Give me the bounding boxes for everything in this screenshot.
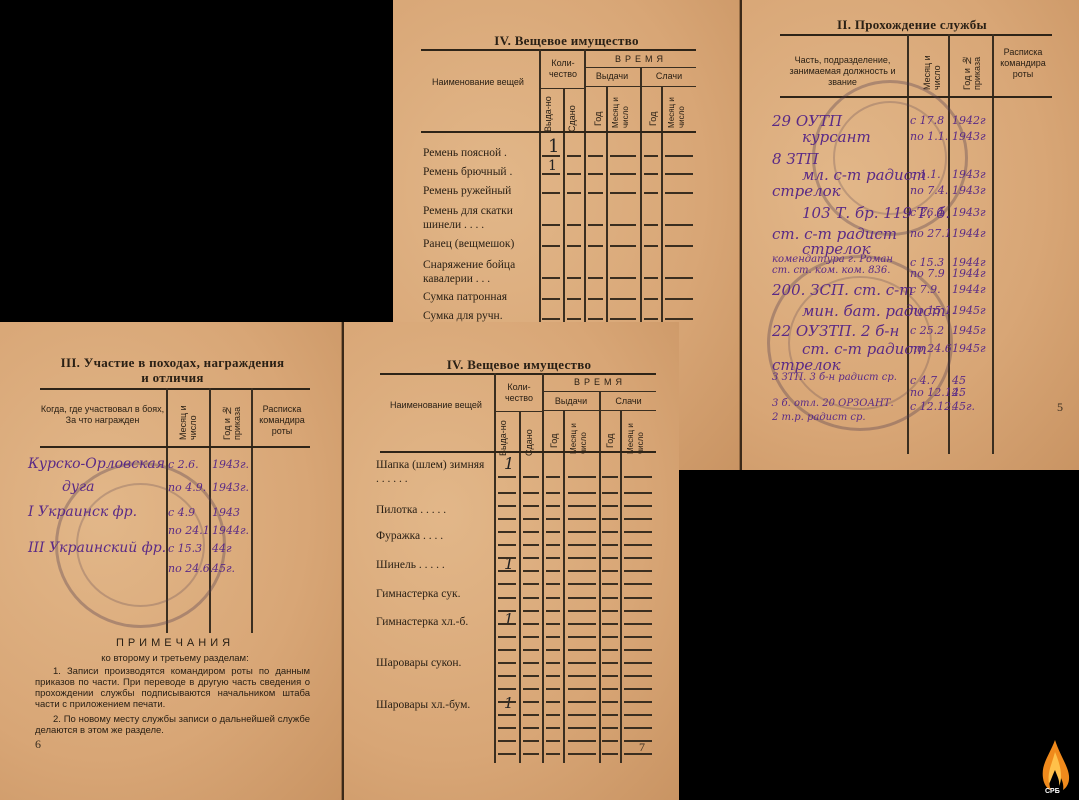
- cell-dash: [610, 155, 636, 157]
- cell-dash: [542, 318, 560, 320]
- bottom-spread-left-page: III. Участие в походах, награждения и от…: [0, 322, 342, 800]
- cell-dash: [542, 192, 560, 194]
- issue-group-header: Выдачи: [586, 71, 638, 82]
- page-number: 7: [639, 740, 645, 755]
- hdr-rule: [585, 86, 696, 87]
- cell-dash: [568, 492, 596, 494]
- cell-dash: [523, 662, 539, 664]
- service-year: 1944г: [952, 267, 986, 280]
- cell-dash: [546, 675, 560, 677]
- campaign-text: III Украинский фр.: [28, 540, 166, 556]
- cell-dash: [624, 623, 652, 625]
- cell-dash: [546, 570, 560, 572]
- cell-dash: [602, 623, 618, 625]
- cell-dash: [588, 245, 603, 247]
- time-group-header: ВРЕМЯ: [586, 54, 696, 65]
- cell-dash: [498, 636, 516, 638]
- cell-dash: [624, 531, 652, 533]
- cell-dash: [602, 492, 618, 494]
- campaign-year: 1943г.: [212, 458, 249, 471]
- campaign-date: по 24.6.: [168, 562, 213, 575]
- cell-dash: [567, 155, 581, 157]
- issue-date-header: Месяц и число: [569, 412, 589, 454]
- col-divider: [563, 410, 565, 763]
- header-bottom-rule: [380, 451, 656, 453]
- cell-dash: [523, 623, 539, 625]
- cell-dash: [624, 492, 652, 494]
- campaign-date: с 4.9: [168, 506, 195, 519]
- notes-heading: ПРИМЕЧАНИЯ: [40, 638, 310, 649]
- hdr-rule: [540, 88, 584, 89]
- cell-dash: [523, 570, 539, 572]
- cell-dash: [665, 192, 693, 194]
- cell-dash: [567, 173, 581, 175]
- cell-dash: [523, 492, 539, 494]
- col-divider: [599, 391, 601, 763]
- cell-dash: [542, 155, 560, 157]
- item-tunic-wool: Гимнастерка сук.: [376, 587, 494, 601]
- top-spread-right-page: II. Прохождение службы Часть, подразделе…: [742, 0, 1079, 470]
- item-belt-waist: Ремень поясной .: [423, 146, 538, 160]
- qty-issued-header: Выда-но: [498, 416, 508, 456]
- cell-dash: [546, 505, 560, 507]
- service-date: по 7.4.: [910, 184, 948, 197]
- qty-issued-header: Выда-но: [543, 92, 553, 132]
- cell-dash: [665, 318, 693, 320]
- item-trousers-cotton: Шаровары хл.-бум.: [376, 698, 494, 712]
- header-bottom-rule: [40, 446, 310, 448]
- issued-qty: 1: [504, 454, 514, 473]
- cell-dash: [588, 155, 603, 157]
- cell-dash: [610, 298, 636, 300]
- cell-dash: [568, 476, 596, 478]
- cell-dash: [602, 727, 618, 729]
- cell-dash: [523, 544, 539, 546]
- cell-dash: [624, 583, 652, 585]
- service-year: 45г.: [952, 400, 975, 413]
- service-unit: 3 ЗТП. 3 б-н радист ср.: [772, 372, 897, 383]
- service-year: 1944г: [952, 283, 986, 296]
- cell-dash: [523, 518, 539, 520]
- cell-dash: [644, 298, 658, 300]
- service-unit: 3 б. отл. 20 ОРЗОАНТ.: [772, 398, 894, 409]
- campaign-year: 1943г.: [212, 481, 249, 494]
- cell-dash: [568, 727, 596, 729]
- cell-dash: [546, 544, 560, 546]
- cell-dash: [498, 675, 516, 677]
- cell-dash: [542, 173, 560, 175]
- cell-dash: [546, 583, 560, 585]
- cell-dash: [665, 173, 693, 175]
- cell-dash: [602, 636, 618, 638]
- note-1: 1. Записи производятся командиром роты п…: [35, 666, 310, 710]
- cell-dash: [498, 727, 516, 729]
- cell-dash: [602, 701, 618, 703]
- cell-dash: [523, 753, 539, 755]
- cell-dash: [568, 753, 596, 755]
- hdr-rule: [543, 410, 656, 411]
- cell-dash: [523, 675, 539, 677]
- cell-dash: [498, 649, 516, 651]
- name-col-header: Наименование вещей: [423, 77, 533, 88]
- item-peaked-cap: Фуражка . . . .: [376, 529, 488, 543]
- item-belt-roll: Ремень для скатки шинели . . . .: [423, 204, 538, 232]
- cell-dash: [588, 224, 603, 226]
- col-divider: [620, 410, 622, 763]
- cell-dash: [546, 753, 560, 755]
- cell-dash: [644, 245, 658, 247]
- cell-dash: [610, 173, 636, 175]
- service-date: по 27.1: [910, 227, 952, 240]
- service-year: 1943г: [952, 130, 986, 143]
- service-date: по 15.1.: [910, 304, 955, 317]
- table-top-rule: [40, 388, 310, 390]
- section-title: IV. Вещевое имущество: [374, 357, 664, 373]
- cell-dash: [644, 318, 658, 320]
- service-unit: 200. ЗСП. ст. с-т: [772, 281, 913, 299]
- cell-dash: [498, 701, 516, 703]
- campaign-date: по 4.9.: [168, 481, 206, 494]
- cell-dash: [546, 492, 560, 494]
- cell-dash: [567, 318, 581, 320]
- cell-dash: [602, 649, 618, 651]
- cell-dash: [498, 740, 516, 742]
- sign-col-header: Расписка командира роты: [994, 47, 1052, 80]
- service-date: с 12.12.: [910, 400, 955, 413]
- cell-dash: [542, 277, 560, 279]
- cell-dash: [644, 155, 658, 157]
- cell-dash: [523, 688, 539, 690]
- cell-dash: [568, 583, 596, 585]
- service-year: 1943г: [952, 206, 986, 219]
- cell-dash: [567, 245, 581, 247]
- return-year-header: Год: [605, 422, 615, 448]
- cell-dash: [602, 675, 618, 677]
- issue-year-header: Год: [549, 422, 559, 448]
- note-2: 2. По новому месту службы записи о дальн…: [35, 714, 310, 736]
- cell-dash: [568, 518, 596, 520]
- cell-dash: [546, 597, 560, 599]
- item-tunic-cotton: Гимнастерка хл.-б.: [376, 615, 494, 629]
- issued-qty: 1: [504, 694, 514, 712]
- cell-dash: [602, 570, 618, 572]
- cell-dash: [568, 531, 596, 533]
- cell-dash: [644, 173, 658, 175]
- service-date: с 17.8: [910, 114, 944, 127]
- cell-dash: [610, 192, 636, 194]
- cell-dash: [498, 662, 516, 664]
- cell-dash: [498, 623, 516, 625]
- cell-dash: [546, 610, 560, 612]
- cell-dash: [523, 583, 539, 585]
- cell-dash: [665, 155, 693, 157]
- cell-dash: [498, 544, 516, 546]
- campaign-text: Курско-Орловская: [28, 456, 165, 472]
- col-divider: [494, 373, 496, 763]
- item-backpack: Ранец (вещмешок): [423, 237, 541, 251]
- name-col-header: Наименование вещей: [382, 400, 490, 411]
- cell-dash: [568, 662, 596, 664]
- cell-dash: [588, 192, 603, 194]
- cell-dash: [498, 610, 516, 612]
- cell-dash: [568, 557, 596, 559]
- campaign-year: 44г: [212, 542, 232, 555]
- campaign-year: 45г.: [212, 562, 235, 575]
- cell-dash: [602, 557, 618, 559]
- cell-dash: [610, 277, 636, 279]
- cell-dash: [624, 675, 652, 677]
- campaign-text: дуга: [62, 479, 94, 495]
- cell-dash: [644, 277, 658, 279]
- cell-dash: [602, 583, 618, 585]
- service-date: с 7.9.: [910, 283, 941, 296]
- cell-dash: [568, 714, 596, 716]
- cell-dash: [546, 714, 560, 716]
- issued-qty: 1: [504, 610, 514, 628]
- qty-returned-header: Сдано: [524, 416, 534, 456]
- cell-dash: [602, 531, 618, 533]
- cell-dash: [588, 318, 603, 320]
- return-date-header: Месяц и число: [626, 412, 646, 454]
- cell-dash: [602, 753, 618, 755]
- campaign-year: 1943: [212, 506, 240, 519]
- cell-dash: [624, 557, 652, 559]
- cell-dash: [665, 224, 693, 226]
- cell-dash: [610, 318, 636, 320]
- section-title: IV. Вещевое имущество: [393, 33, 740, 49]
- service-unit: 22 ОУЗТП. 2 б-н: [772, 322, 899, 340]
- cell-dash: [624, 544, 652, 546]
- cell-dash: [624, 597, 652, 599]
- cell-dash: [523, 597, 539, 599]
- cell-dash: [602, 476, 618, 478]
- cell-dash: [567, 298, 581, 300]
- cell-dash: [498, 531, 516, 533]
- cell-dash: [546, 649, 560, 651]
- service-year: 1945г: [952, 324, 986, 337]
- cell-dash: [542, 224, 560, 226]
- page-number: 6: [35, 737, 41, 752]
- cell-dash: [665, 298, 693, 300]
- cell-dash: [610, 245, 636, 247]
- cell-dash: [602, 688, 618, 690]
- service-date: по 1.1.: [910, 130, 948, 143]
- return-year-header: Год: [648, 100, 658, 126]
- cell-dash: [624, 636, 652, 638]
- item-winter-hat: Шапка (шлем) зимняя . . . . . .: [376, 458, 488, 486]
- date-col-header: Месяц и число: [922, 48, 942, 90]
- section-title-line1: III. Участие в походах, награждения: [30, 355, 315, 371]
- service-year: 1943г: [952, 168, 986, 181]
- cell-dash: [546, 623, 560, 625]
- cell-dash: [568, 701, 596, 703]
- cell-dash: [624, 688, 652, 690]
- cell-dash: [624, 518, 652, 520]
- table-top-rule: [780, 34, 1052, 36]
- cell-dash: [546, 688, 560, 690]
- cell-dash: [610, 224, 636, 226]
- cell-dash: [498, 753, 516, 755]
- cell-dash: [546, 476, 560, 478]
- cell-dash: [546, 518, 560, 520]
- cell-dash: [568, 675, 596, 677]
- cell-dash: [568, 740, 596, 742]
- cell-dash: [602, 544, 618, 546]
- cell-dash: [523, 727, 539, 729]
- order-col-header: Год и № приказа: [962, 40, 982, 90]
- cell-dash: [665, 245, 693, 247]
- issue-year-header: Год: [593, 100, 603, 126]
- service-date: по 7.9: [910, 267, 945, 280]
- cell-dash: [498, 505, 516, 507]
- qty-group-header: Коли-чество: [496, 382, 542, 404]
- cell-dash: [523, 636, 539, 638]
- service-unit: курсант: [802, 128, 871, 146]
- page-number: 5: [1057, 400, 1063, 415]
- cell-dash: [546, 557, 560, 559]
- section-title: II. Прохождение службы: [772, 17, 1052, 33]
- cell-dash: [498, 492, 516, 494]
- cell-dash: [523, 714, 539, 716]
- cell-dash: [498, 518, 516, 520]
- order-col-header: Год и № приказа: [222, 394, 242, 440]
- cell-dash: [523, 505, 539, 507]
- cell-dash: [568, 544, 596, 546]
- cell-dash: [624, 476, 652, 478]
- cell-dash: [546, 636, 560, 638]
- campaign-date: с 15.3: [168, 542, 202, 555]
- cell-dash: [588, 173, 603, 175]
- cell-dash: [546, 662, 560, 664]
- service-year: 1945г: [952, 304, 986, 317]
- item-side-cap: Пилотка . . . . .: [376, 503, 488, 517]
- cell-dash: [546, 531, 560, 533]
- service-year: 1944г: [952, 227, 986, 240]
- issue-group-header: Выдачи: [544, 396, 598, 407]
- cell-dash: [567, 192, 581, 194]
- service-date: с 1.1.: [910, 168, 941, 181]
- return-date-header: Месяц и число: [667, 88, 687, 128]
- time-group-header: ВРЕМЯ: [544, 377, 656, 388]
- cell-dash: [624, 505, 652, 507]
- cell-dash: [602, 505, 618, 507]
- cell-dash: [523, 740, 539, 742]
- cell-dash: [523, 610, 539, 612]
- cell-dash: [624, 610, 652, 612]
- cell-dash: [624, 570, 652, 572]
- item-ammo-pouch: Сумка патронная: [423, 290, 538, 304]
- cell-dash: [523, 649, 539, 651]
- campaign-year: 1944г.: [212, 524, 249, 537]
- cell-dash: [498, 688, 516, 690]
- cell-dash: [588, 277, 603, 279]
- cell-dash: [602, 610, 618, 612]
- header-bottom-rule: [421, 131, 696, 133]
- cell-dash: [602, 597, 618, 599]
- cell-dash: [567, 224, 581, 226]
- cell-dash: [567, 277, 581, 279]
- flame-logo-icon: СРБ: [1035, 738, 1075, 798]
- item-grenade-pouch: Сумка для ручн.: [423, 309, 538, 323]
- cell-dash: [665, 277, 693, 279]
- cell-dash: [546, 740, 560, 742]
- qty-group-header: Коли-чество: [541, 58, 585, 80]
- when-col-header: Когда, где участвовал в боях, За что наг…: [40, 404, 165, 426]
- cell-dash: [602, 662, 618, 664]
- item-trousers-wool: Шаровары сукон.: [376, 656, 494, 670]
- cell-dash: [568, 597, 596, 599]
- cell-dash: [542, 245, 560, 247]
- item-greatcoat: Шинель . . . . .: [376, 558, 488, 572]
- cell-dash: [644, 192, 658, 194]
- cell-dash: [624, 727, 652, 729]
- cell-dash: [546, 727, 560, 729]
- return-group-header: Слачи: [601, 396, 656, 407]
- notes-subheading: ко второму и третьему разделам:: [40, 653, 310, 664]
- cell-dash: [498, 476, 516, 478]
- cell-dash: [568, 649, 596, 651]
- cell-dash: [602, 714, 618, 716]
- issue-date-header: Месяц и число: [611, 88, 631, 128]
- cell-dash: [498, 570, 516, 572]
- item-cavalry-gear: Снаряжение бойца кавалерии . . .: [423, 258, 538, 286]
- service-year: 45: [952, 386, 966, 399]
- cell-dash: [546, 701, 560, 703]
- service-year: 1943г: [952, 184, 986, 197]
- cell-dash: [568, 688, 596, 690]
- cell-dash: [542, 298, 560, 300]
- service-unit: 2 т.р. радист ср.: [772, 412, 866, 423]
- cell-dash: [602, 740, 618, 742]
- service-date: по 24.6: [910, 342, 952, 355]
- service-date: с 25.2: [910, 324, 944, 337]
- service-year: 1945г: [952, 342, 986, 355]
- cell-dash: [624, 649, 652, 651]
- bottom-spread-right-page: IV. Вещевое имущество Наименование вещей…: [344, 322, 679, 800]
- col-divider: [519, 411, 521, 763]
- issued-qty: 1: [548, 158, 557, 174]
- cell-dash: [624, 714, 652, 716]
- service-year: 1942г: [952, 114, 986, 127]
- cell-dash: [644, 224, 658, 226]
- campaign-text: I Украинск фр.: [28, 504, 137, 520]
- campaign-date: по 24.1: [168, 524, 210, 537]
- table-top-rule: [421, 49, 696, 51]
- sign-col-header: Расписка командира роты: [253, 404, 311, 437]
- service-unit: комендатура г. Роман: [772, 254, 893, 265]
- issued-qty: 1: [548, 136, 559, 157]
- cell-dash: [498, 583, 516, 585]
- cell-dash: [568, 610, 596, 612]
- col-divider: [542, 373, 544, 763]
- cell-dash: [568, 623, 596, 625]
- section-title-line2: и отличия: [30, 370, 315, 386]
- qty-returned-header: Сдано: [567, 92, 577, 132]
- cell-dash: [588, 298, 603, 300]
- item-belt-rifle: Ремень ружейный: [423, 184, 538, 198]
- service-unit: ст. ст. ком. ком. 836.: [772, 265, 890, 276]
- cell-dash: [602, 518, 618, 520]
- cell-dash: [568, 570, 596, 572]
- cell-dash: [523, 531, 539, 533]
- cell-dash: [568, 636, 596, 638]
- service-date: с 26.4: [910, 206, 944, 219]
- cell-dash: [498, 597, 516, 599]
- date-col-header: Месяц и число: [178, 398, 198, 440]
- cell-dash: [568, 505, 596, 507]
- cell-dash: [624, 753, 652, 755]
- campaign-date: с 2.6.: [168, 458, 199, 471]
